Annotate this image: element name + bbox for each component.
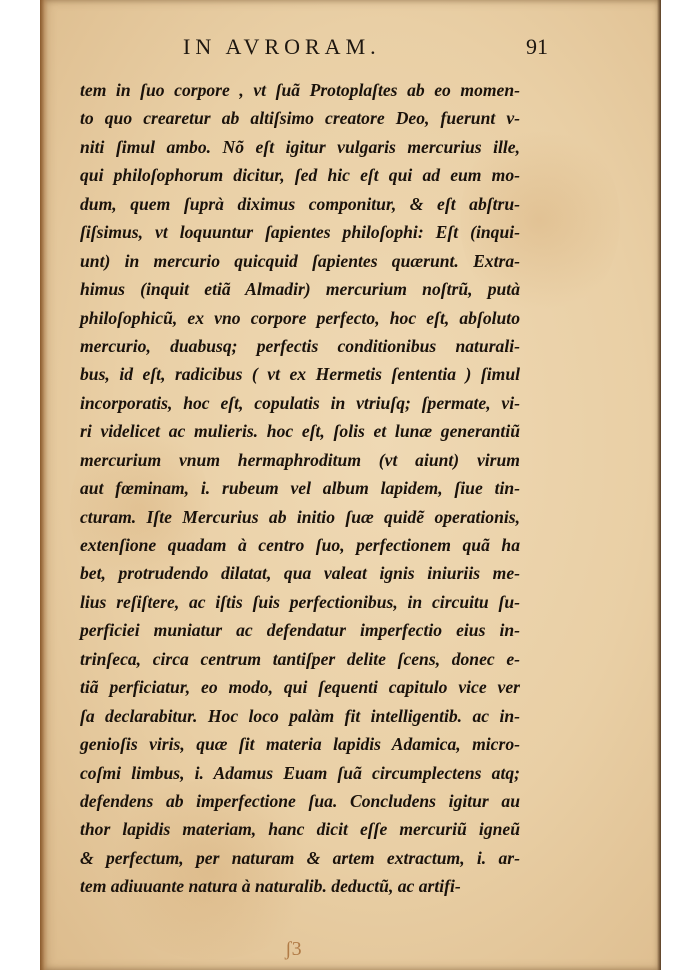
- text-line: incorporatis, hoc eſt, copulatis in vtri…: [80, 389, 520, 417]
- text-line: cturam. Iſte Mercurius ab initio ſuæ qui…: [80, 503, 520, 531]
- text-line: himus (inquit etiã Almadir) mercurium no…: [80, 275, 520, 303]
- text-line: & perfectum, per naturam & artem extract…: [80, 844, 520, 872]
- text-line: tem adiuuante natura à naturalib. deduct…: [80, 872, 520, 900]
- text-line: ri videlicet ac mulieris. hoc eſt, ſolis…: [80, 417, 520, 445]
- text-line: trinſeca, circa centrum tantiſper delite…: [80, 645, 520, 673]
- text-line: genioſis viris, quæ ſit materia lapidis …: [80, 730, 520, 758]
- text-line: bet, protrudendo dilatat, qua valeat ign…: [80, 559, 520, 587]
- text-line: qui philoſophorum dicitur, ſed hic eſt q…: [80, 161, 520, 189]
- body-text: tem in ſuo corpore , vt ſuã Protoplaſtes…: [80, 76, 520, 901]
- text-line: ſiſsimus, vt loquuntur ſapientes philoſo…: [80, 218, 520, 246]
- text-line: unt) in mercurio quicquid ſapientes quær…: [80, 247, 520, 275]
- text-line: to quo crearetur ab altiſsimo creatore D…: [80, 104, 520, 132]
- running-head-title: IN AVRORAM.: [183, 34, 381, 60]
- text-line: tem in ſuo corpore , vt ſuã Protoplaſtes…: [80, 76, 520, 104]
- text-line: bus, id eſt, radicibus ( vt ex Hermetis …: [80, 360, 520, 388]
- text-line: coſmi limbus, i. Adamus Euam ſuã circump…: [80, 759, 520, 787]
- text-line: tiã perficiatur, eo modo, qui ſequenti c…: [80, 673, 520, 701]
- text-line: thor lapidis materiam, hanc dicit eſſe m…: [80, 815, 520, 843]
- text-line: perficiei muniatur ac defendatur imperfe…: [80, 616, 520, 644]
- text-line: lius reſiſtere, ac iſtis ſuis perfection…: [80, 588, 520, 616]
- text-line: extenſione quadam à centro ſuo, perfecti…: [80, 531, 520, 559]
- text-line: mercurium vnum hermaphroditum (vt aiunt)…: [80, 446, 520, 474]
- text-line: mercurio, duabusq; perfectis conditionib…: [80, 332, 520, 360]
- text-line: defendens ab imperfectione ſua. Conclude…: [80, 787, 520, 815]
- text-line: philoſophicũ, ex vno corpore perfecto, h…: [80, 304, 520, 332]
- text-line: niti ſimul ambo. Nõ eſt igitur vulgaris …: [80, 133, 520, 161]
- text-line: aut fœminam, i. rubeum vel album lapidem…: [80, 474, 520, 502]
- text-line: dum, quem ſuprà diximus componitur, & eſ…: [80, 190, 520, 218]
- text-line: ſa declarabitur. Hoc loco palàm fit inte…: [80, 702, 520, 730]
- signature-mark: ʃ3: [285, 938, 302, 961]
- page-number: 91: [526, 34, 548, 60]
- running-head: IN AVRORAM. 91: [183, 34, 548, 60]
